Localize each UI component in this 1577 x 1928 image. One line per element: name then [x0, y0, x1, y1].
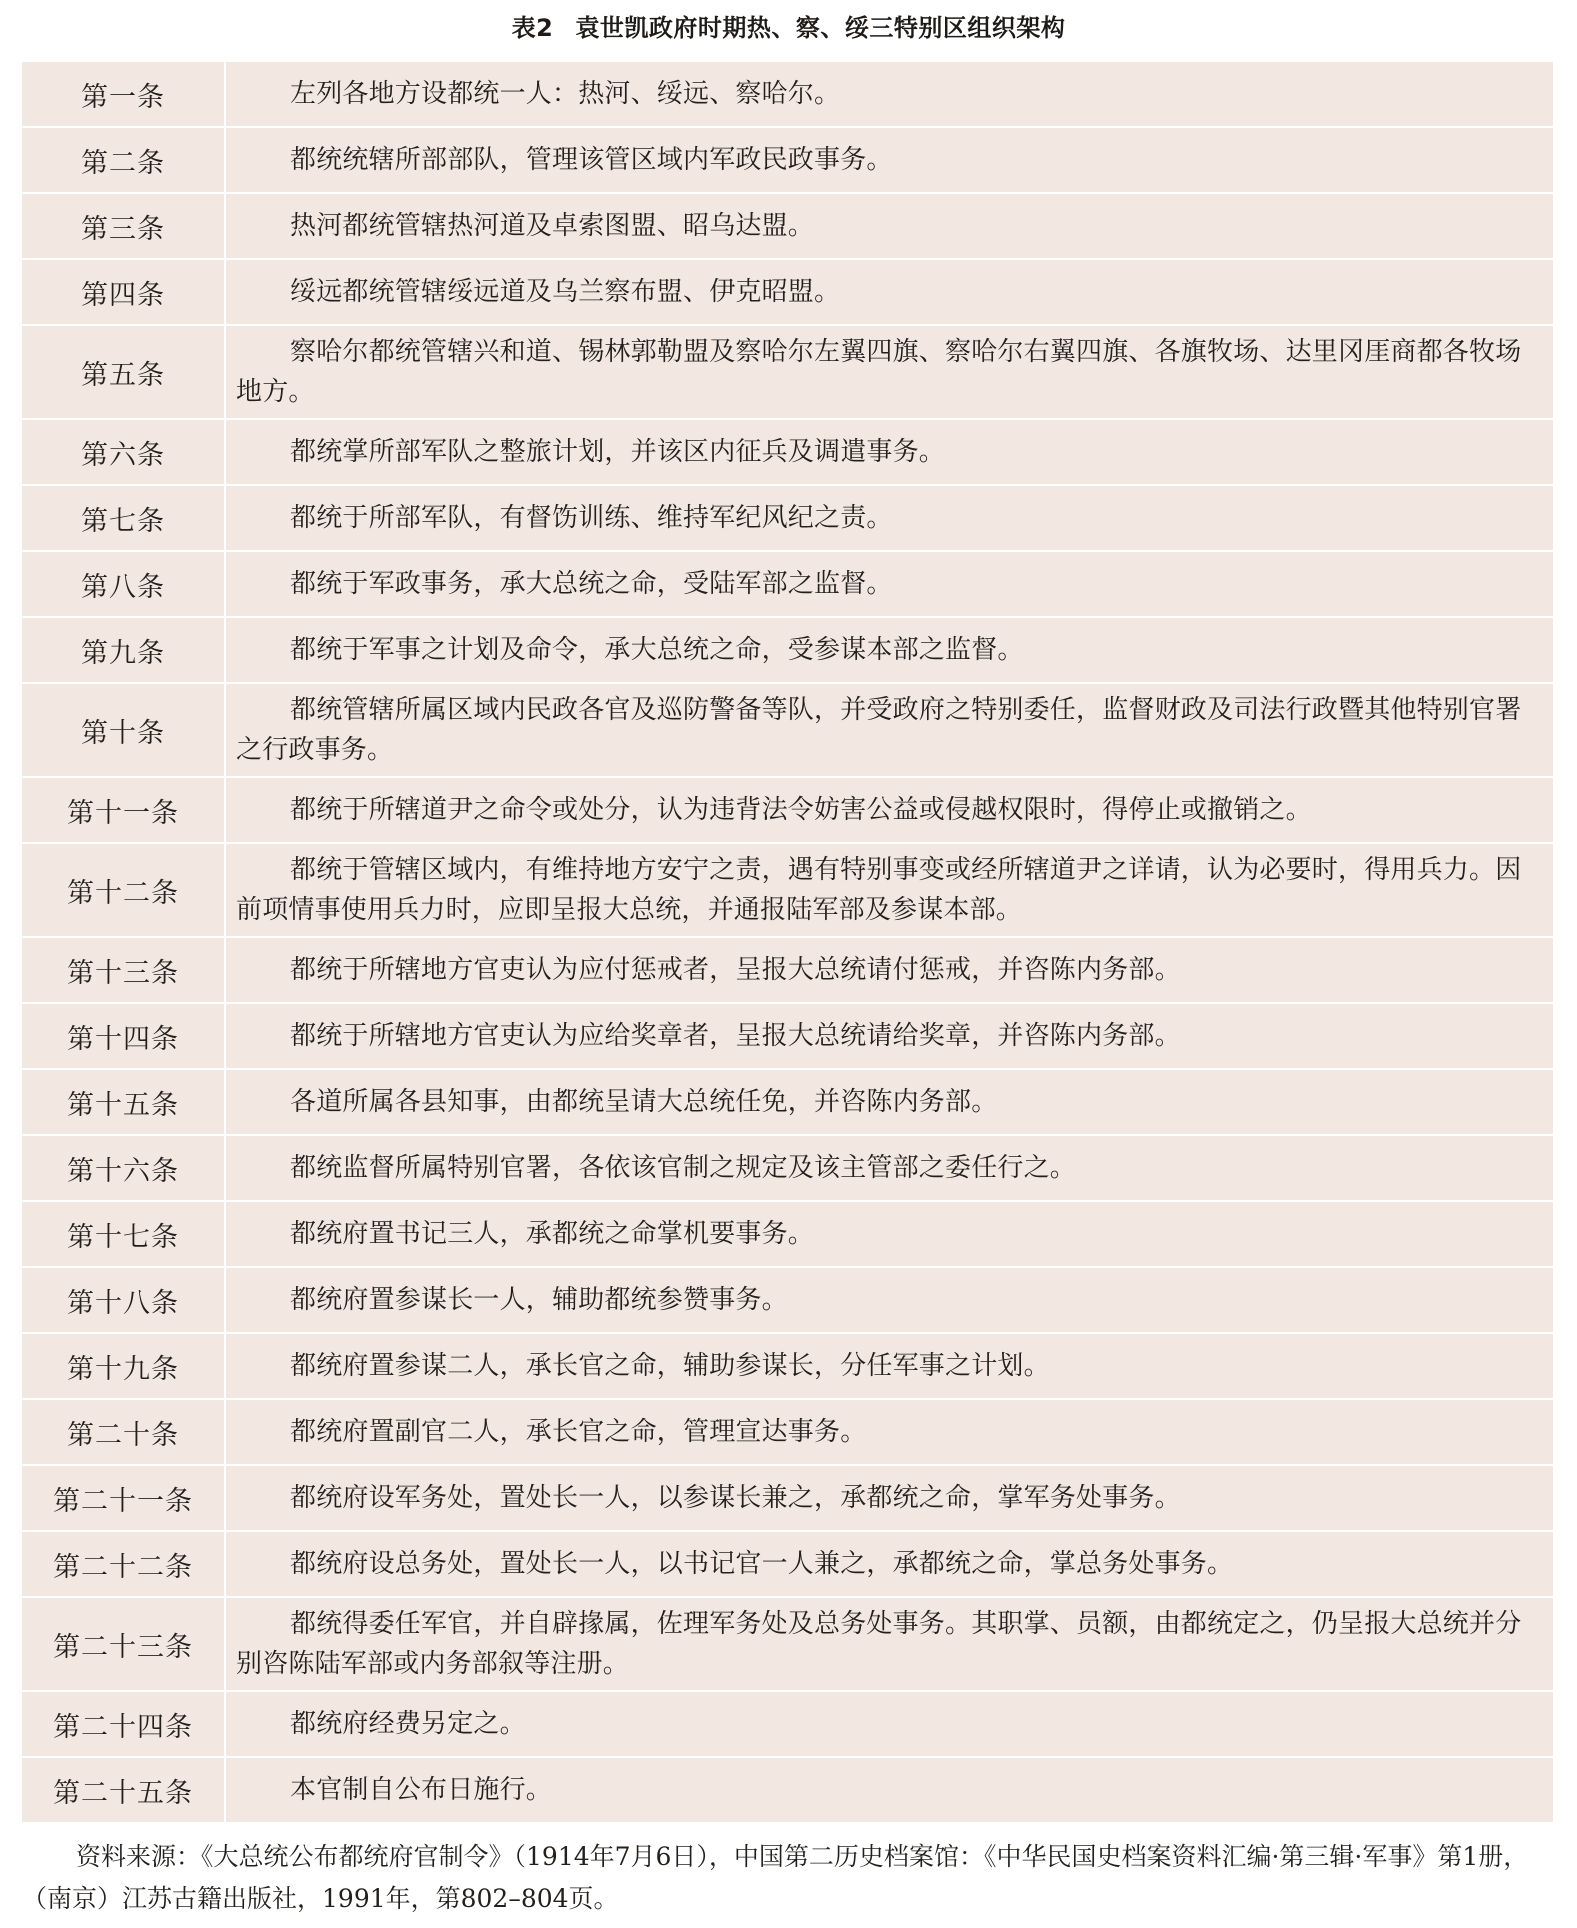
table-row: 第十七条都统府置书记三人，承都统之命掌机要事务。	[22, 1202, 1553, 1266]
article-number-cell: 第十四条	[22, 1004, 224, 1068]
article-number-cell: 第二十三条	[22, 1598, 224, 1690]
article-number-cell: 第二十二条	[22, 1532, 224, 1596]
article-number-cell: 第二十四条	[22, 1692, 224, 1756]
article-text: 都统府置参谋长一人，辅助都统参赞事务。	[236, 1280, 788, 1320]
article-text-cell: 都统府设总务处，置处长一人，以书记官一人兼之，承都统之命，掌总务处事务。	[226, 1532, 1553, 1596]
table-row: 第五条察哈尔都统管辖兴和道、锡林郭勒盟及察哈尔左翼四旗、察哈尔右翼四旗、各旗牧场…	[22, 326, 1553, 418]
table-row: 第九条都统于军事之计划及命令，承大总统之命，受参谋本部之监督。	[22, 618, 1553, 682]
article-text-cell: 热河都统管辖热河道及卓索图盟、昭乌达盟。	[226, 194, 1553, 258]
table-row: 第二条都统统辖所部部队，管理该管区域内军政民政事务。	[22, 128, 1553, 192]
article-text: 都统监督所属特别官署，各依该官制之规定及该主管部之委任行之。	[236, 1148, 1076, 1188]
article-text: 左列各地方设都统一人：热河、绥远、察哈尔。	[236, 74, 840, 114]
table-row: 第十条都统管辖所属区域内民政各官及巡防警备等队，并受政府之特别委任，监督财政及司…	[22, 684, 1553, 776]
article-text: 都统于所辖道尹之命令或处分，认为违背法令妨害公益或侵越权限时，得停止或撤销之。	[236, 790, 1312, 830]
table-row: 第二十二条都统府设总务处，置处长一人，以书记官一人兼之，承都统之命，掌总务处事务…	[22, 1532, 1553, 1596]
article-text: 都统府置书记三人，承都统之命掌机要事务。	[236, 1214, 814, 1254]
table-row: 第十六条都统监督所属特别官署，各依该官制之规定及该主管部之委任行之。	[22, 1136, 1553, 1200]
table-title: 袁世凯政府时期热、察、绥三特别区组织架构	[575, 14, 1065, 42]
article-text: 都统府置副官二人，承长官之命，管理宣达事务。	[236, 1412, 866, 1452]
article-text-cell: 都统于所辖地方官吏认为应给奖章者，呈报大总统请给奖章，并咨陈内务部。	[226, 1004, 1553, 1068]
article-text: 都统于所辖地方官吏认为应付惩戒者，呈报大总统请付惩戒，并咨陈内务部。	[236, 950, 1181, 990]
table-row: 第十九条都统府置参谋二人，承长官之命，辅助参谋长，分任军事之计划。	[22, 1334, 1553, 1398]
article-text-cell: 本官制自公布日施行。	[226, 1758, 1553, 1822]
table-number: 表2	[512, 14, 554, 42]
article-number-cell: 第四条	[22, 260, 224, 324]
article-text-cell: 都统于所辖地方官吏认为应付惩戒者，呈报大总统请付惩戒，并咨陈内务部。	[226, 938, 1553, 1002]
table-row: 第二十一条都统府设军务处，置处长一人，以参谋长兼之，承都统之命，掌军务处事务。	[22, 1466, 1553, 1530]
article-text: 本官制自公布日施行。	[236, 1770, 552, 1810]
article-number-cell: 第八条	[22, 552, 224, 616]
article-text: 都统于管辖区域内，有维持地方安宁之责，遇有特别事变或经所辖道尹之详请，认为必要时…	[236, 850, 1541, 930]
article-text-cell: 绥远都统管辖绥远道及乌兰察布盟、伊克昭盟。	[226, 260, 1553, 324]
table-row: 第二十条都统府置副官二人，承长官之命，管理宣达事务。	[22, 1400, 1553, 1464]
article-text-cell: 都统府置参谋长一人，辅助都统参赞事务。	[226, 1268, 1553, 1332]
article-text-cell: 都统监督所属特别官署，各依该官制之规定及该主管部之委任行之。	[226, 1136, 1553, 1200]
article-text-cell: 都统于军政事务，承大总统之命，受陆军部之监督。	[226, 552, 1553, 616]
table-row: 第十三条都统于所辖地方官吏认为应付惩戒者，呈报大总统请付惩戒，并咨陈内务部。	[22, 938, 1553, 1002]
article-text-cell: 各道所属各县知事，由都统呈请大总统任免，并咨陈内务部。	[226, 1070, 1553, 1134]
table-row: 第十五条各道所属各县知事，由都统呈请大总统任免，并咨陈内务部。	[22, 1070, 1553, 1134]
article-text-cell: 都统于所部军队，有督饬训练、维持军纪风纪之责。	[226, 486, 1553, 550]
article-number-cell: 第二十一条	[22, 1466, 224, 1530]
regulation-table: 第一条左列各地方设都统一人：热河、绥远、察哈尔。第二条都统统辖所部部队，管理该管…	[22, 62, 1553, 1822]
article-number-cell: 第十六条	[22, 1136, 224, 1200]
table-row: 第十二条都统于管辖区域内，有维持地方安宁之责，遇有特别事变或经所辖道尹之详请，认…	[22, 844, 1553, 936]
article-text: 都统于所辖地方官吏认为应给奖章者，呈报大总统请给奖章，并咨陈内务部。	[236, 1016, 1181, 1056]
article-text-cell: 都统府置参谋二人，承长官之命，辅助参谋长，分任军事之计划。	[226, 1334, 1553, 1398]
article-number-cell: 第十七条	[22, 1202, 224, 1266]
article-number-cell: 第五条	[22, 326, 224, 418]
article-text: 都统得委任军官，并自辟掾属，佐理军务处及总务处事务。其职掌、员额，由都统定之，仍…	[236, 1604, 1541, 1684]
article-text-cell: 都统统辖所部部队，管理该管区域内军政民政事务。	[226, 128, 1553, 192]
article-text: 都统府置参谋二人，承长官之命，辅助参谋长，分任军事之计划。	[236, 1346, 1050, 1386]
article-text: 都统掌所部军队之整旅计划，并该区内征兵及调遣事务。	[236, 432, 945, 472]
table-row: 第一条左列各地方设都统一人：热河、绥远、察哈尔。	[22, 62, 1553, 126]
article-text: 都统管辖所属区域内民政各官及巡防警备等队，并受政府之特别委任，监督财政及司法行政…	[236, 690, 1541, 770]
table-row: 第十四条都统于所辖地方官吏认为应给奖章者，呈报大总统请给奖章，并咨陈内务部。	[22, 1004, 1553, 1068]
article-text-cell: 都统管辖所属区域内民政各官及巡防警备等队，并受政府之特别委任，监督财政及司法行政…	[226, 684, 1553, 776]
article-text-cell: 都统于军事之计划及命令，承大总统之命，受参谋本部之监督。	[226, 618, 1553, 682]
article-number-cell: 第二条	[22, 128, 224, 192]
article-text: 都统府设总务处，置处长一人，以书记官一人兼之，承都统之命，掌总务处事务。	[236, 1544, 1233, 1584]
table-caption: 表2袁世凯政府时期热、察、绥三特别区组织架构	[0, 8, 1577, 48]
article-number-cell: 第十三条	[22, 938, 224, 1002]
article-number-cell: 第十八条	[22, 1268, 224, 1332]
table-row: 第二十三条都统得委任军官，并自辟掾属，佐理军务处及总务处事务。其职掌、员额，由都…	[22, 1598, 1553, 1690]
table-row: 第二十五条本官制自公布日施行。	[22, 1758, 1553, 1822]
article-text-cell: 察哈尔都统管辖兴和道、锡林郭勒盟及察哈尔左翼四旗、察哈尔右翼四旗、各旗牧场、达里…	[226, 326, 1553, 418]
article-number-cell: 第十一条	[22, 778, 224, 842]
article-number-cell: 第三条	[22, 194, 224, 258]
article-text-cell: 左列各地方设都统一人：热河、绥远、察哈尔。	[226, 62, 1553, 126]
article-text-cell: 都统府设军务处，置处长一人，以参谋长兼之，承都统之命，掌军务处事务。	[226, 1466, 1553, 1530]
source-note: 资料来源：《大总统公布都统府官制令》（1914年7月6日），中国第二历史档案馆：…	[22, 1836, 1557, 1920]
article-number-cell: 第十五条	[22, 1070, 224, 1134]
article-text-cell: 都统府置副官二人，承长官之命，管理宣达事务。	[226, 1400, 1553, 1464]
article-text: 各道所属各县知事，由都统呈请大总统任免，并咨陈内务部。	[236, 1082, 997, 1122]
table-row: 第十一条都统于所辖道尹之命令或处分，认为违背法令妨害公益或侵越权限时，得停止或撤…	[22, 778, 1553, 842]
article-text: 都统于军事之计划及命令，承大总统之命，受参谋本部之监督。	[236, 630, 1024, 670]
article-text-cell: 都统府置书记三人，承都统之命掌机要事务。	[226, 1202, 1553, 1266]
article-text: 热河都统管辖热河道及卓索图盟、昭乌达盟。	[236, 206, 814, 246]
table-row: 第四条绥远都统管辖绥远道及乌兰察布盟、伊克昭盟。	[22, 260, 1553, 324]
article-text: 察哈尔都统管辖兴和道、锡林郭勒盟及察哈尔左翼四旗、察哈尔右翼四旗、各旗牧场、达里…	[236, 332, 1541, 412]
table-row: 第二十四条都统府经费另定之。	[22, 1692, 1553, 1756]
article-text: 都统于所部军队，有督饬训练、维持军纪风纪之责。	[236, 498, 893, 538]
article-text: 绥远都统管辖绥远道及乌兰察布盟、伊克昭盟。	[236, 272, 840, 312]
article-text-cell: 都统掌所部军队之整旅计划，并该区内征兵及调遣事务。	[226, 420, 1553, 484]
article-number-cell: 第二十五条	[22, 1758, 224, 1822]
article-text: 都统府设军务处，置处长一人，以参谋长兼之，承都统之命，掌军务处事务。	[236, 1478, 1181, 1518]
article-number-cell: 第十二条	[22, 844, 224, 936]
article-text-cell: 都统于所辖道尹之命令或处分，认为违背法令妨害公益或侵越权限时，得停止或撤销之。	[226, 778, 1553, 842]
article-number-cell: 第七条	[22, 486, 224, 550]
table-row: 第七条都统于所部军队，有督饬训练、维持军纪风纪之责。	[22, 486, 1553, 550]
table-row: 第三条热河都统管辖热河道及卓索图盟、昭乌达盟。	[22, 194, 1553, 258]
article-number-cell: 第一条	[22, 62, 224, 126]
article-text: 都统统辖所部部队，管理该管区域内军政民政事务。	[236, 140, 893, 180]
article-number-cell: 第九条	[22, 618, 224, 682]
article-text: 都统府经费另定之。	[236, 1704, 526, 1744]
article-text-cell: 都统府经费另定之。	[226, 1692, 1553, 1756]
article-number-cell: 第十九条	[22, 1334, 224, 1398]
article-number-cell: 第十条	[22, 684, 224, 776]
table-row: 第八条都统于军政事务，承大总统之命，受陆军部之监督。	[22, 552, 1553, 616]
article-text: 都统于军政事务，承大总统之命，受陆军部之监督。	[236, 564, 893, 604]
article-number-cell: 第六条	[22, 420, 224, 484]
table-row: 第十八条都统府置参谋长一人，辅助都统参赞事务。	[22, 1268, 1553, 1332]
article-text-cell: 都统得委任军官，并自辟掾属，佐理军务处及总务处事务。其职掌、员额，由都统定之，仍…	[226, 1598, 1553, 1690]
article-number-cell: 第二十条	[22, 1400, 224, 1464]
article-text-cell: 都统于管辖区域内，有维持地方安宁之责，遇有特别事变或经所辖道尹之详请，认为必要时…	[226, 844, 1553, 936]
table-row: 第六条都统掌所部军队之整旅计划，并该区内征兵及调遣事务。	[22, 420, 1553, 484]
